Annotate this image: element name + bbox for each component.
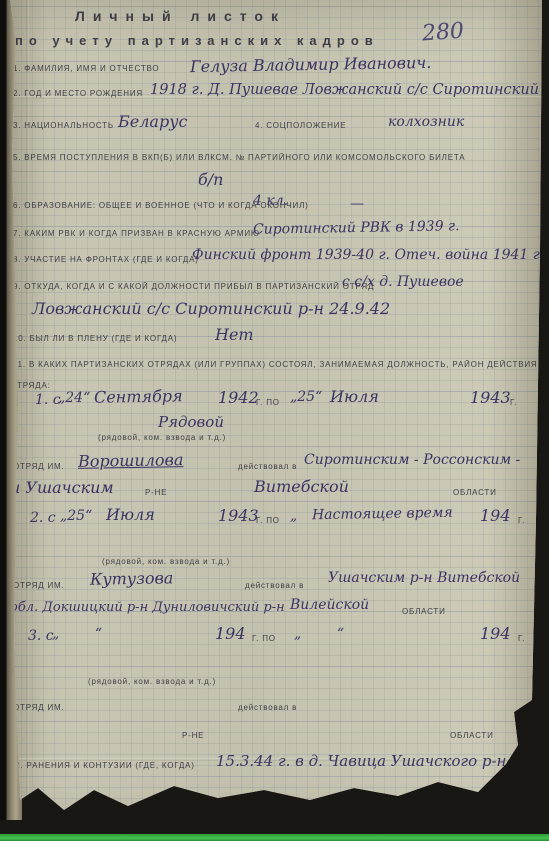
scanned-document-scene: Личный листок по учету партизанских кадр… — [0, 0, 549, 841]
document-title-line2: по учету партизанских кадров — [15, 33, 379, 48]
entry-1-area2: и Ушачским — [10, 478, 114, 497]
entry-1-po-label: г. по — [256, 398, 280, 407]
field-3-value: Беларус — [118, 112, 187, 131]
field-10-value: Нет — [215, 325, 254, 344]
entry-1-unit-name: Ворошилова — [78, 450, 184, 471]
field-1-label: 1. Фамилия, имя и отчество — [13, 64, 159, 73]
entry-2-unit-name: Кутузова — [90, 568, 174, 588]
entry-1-to-day: „25“ — [290, 389, 322, 405]
field-6-value: 4 кл. — [253, 193, 288, 209]
field-6-dash: — — [350, 196, 364, 212]
entry-3-po-label: г. по — [252, 634, 276, 643]
entry-2-from-day: „25“ — [60, 508, 92, 524]
field-9-value-continued: Ловжанский с/с Сиротинский р-н 24.9.42 — [32, 299, 390, 318]
entry-1-from-year: 1942 — [218, 388, 259, 407]
field-4-value: колхозник — [388, 114, 464, 130]
field-7-value: Сиротинский РВК в 1939 г. — [253, 218, 460, 238]
entry-2-unit-label: отряд им. — [13, 581, 65, 590]
field-1-value: Гелуза Владимир Иванович. — [190, 53, 432, 76]
entry-1-from-day: „24“ — [58, 390, 90, 406]
entry-1-position: Рядовой — [158, 413, 224, 431]
entry-1-oblast: Витебской — [254, 477, 349, 496]
field-12-label: 12. Ранения и контузии (где, когда) — [10, 761, 195, 770]
page-number: 280 — [421, 19, 465, 47]
field-2-value: 1918 г. Д. Пушевае Ловжанский с/с Сироти… — [150, 82, 549, 98]
entry-3-rne-label: р-не — [182, 731, 204, 740]
field-8-label: 8. Участие на фронтах (где и когда) — [13, 255, 199, 264]
entry-3-position-hint: (рядовой, ком. взвода и т.д.) — [88, 677, 216, 686]
entry-2-acted-label: действовал в — [245, 581, 304, 590]
entry-2-position-hint: (рядовой, ком. взвода и т.д.) — [102, 557, 230, 566]
field-4-label: 4. Соцположение — [255, 121, 346, 130]
entry-1-number: 1. с — [35, 392, 61, 408]
entry-3-unit-label: отряд им. — [13, 703, 65, 712]
entry-3-from-year: 194 — [215, 624, 246, 643]
entry-1-year-label: г. — [510, 398, 517, 407]
field-9-value: с с/х д. Пушевое — [342, 274, 464, 290]
entry-3-acted-label: действовал в — [238, 703, 297, 712]
entry-1-rne-label: р-не — [145, 488, 167, 497]
field-9-label: 9. Откуда, когда и с какой должности при… — [13, 282, 374, 291]
entry-1-to-year: 1943 — [470, 388, 511, 407]
entry-2-to-day: „ — [290, 508, 297, 524]
entry-2-oblast-label: области — [402, 607, 446, 616]
document-title-line1: Личный листок — [75, 8, 286, 24]
field-7-label: 7. Каким РВК и когда призван в Красную А… — [13, 229, 260, 238]
entry-3-to-day: „ “ — [294, 626, 344, 642]
field-5-value: б/п — [198, 170, 223, 189]
entry-2-to-year: 194 — [480, 506, 511, 525]
field-10-label: 10. Был ли в плену (где и когда) — [13, 334, 177, 343]
entry-1-to-month: Июля — [330, 387, 379, 406]
entry-2-area2: обл. Докшицкий р-н Дуниловичский р-н — [10, 600, 285, 615]
entry-2-year-label: г. — [518, 516, 525, 525]
entry-1-position-hint: (рядовой, ком. взвода и т.д.) — [98, 433, 226, 442]
entry-2-oblast: Вилейской — [290, 597, 369, 613]
entry-2-po-label: г. по — [256, 516, 280, 525]
entry-1-from-month: Сентября — [94, 386, 183, 407]
entry-1-unit-label: отряд им. — [13, 462, 65, 471]
entry-3-number: 3. с — [28, 628, 54, 644]
entry-3-oblast-label: области — [450, 731, 494, 740]
entry-3-year-label: г. — [518, 634, 525, 643]
field-11-label: 11. В каких партизанских отрядах (или гр… — [13, 360, 537, 369]
entry-1-area1: Сиротинским - Россонским - — [304, 452, 520, 468]
scan-green-stripe — [0, 834, 549, 841]
field-8-value: Финский фронт 1939-40 г. Отеч. война 194… — [192, 247, 544, 263]
entry-1-acted-label: действовал в — [238, 462, 297, 471]
entry-2-area1: Ушачским р-н Витебской — [328, 570, 520, 586]
field-3-label: 3. Национальность — [13, 121, 114, 130]
scanned-page: Личный листок по учету партизанских кадр… — [10, 0, 542, 832]
entry-3-from-day: „ “ — [52, 626, 102, 642]
entry-2-to-month: Настоящее время — [312, 505, 453, 523]
field-5-label: 5. Время поступления в ВКП(б) или ВЛКСМ.… — [13, 153, 465, 162]
entry-2-from-month: Июля — [106, 505, 155, 524]
entry-2-from-year: 1943 — [218, 506, 259, 525]
entry-3-to-year: 194 — [480, 624, 511, 643]
entry-2-number: 2. с — [30, 510, 56, 526]
entry-1-oblast-label: области — [453, 488, 497, 497]
field-2-label: 2. Год и место рождения — [13, 89, 143, 98]
field-12-value: 15.3.44 г. в д. Чавица Ушачского р-на — [216, 752, 515, 770]
